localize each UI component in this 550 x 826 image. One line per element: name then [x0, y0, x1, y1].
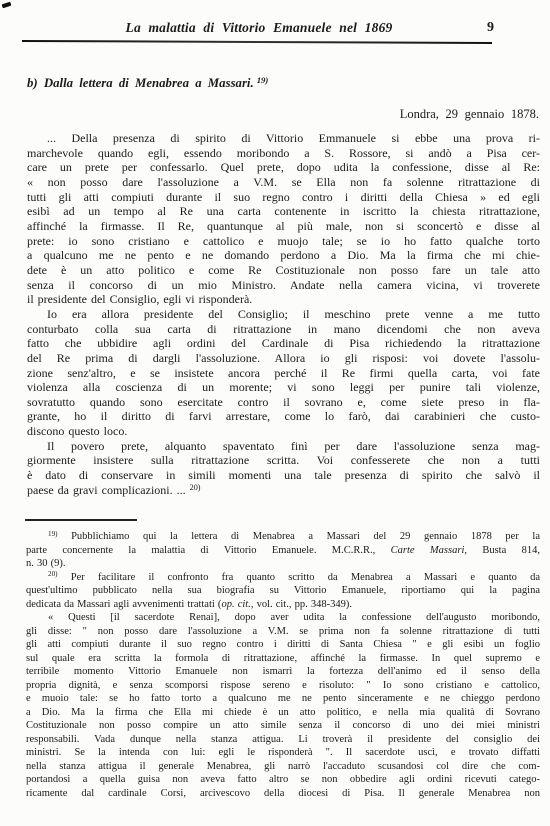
text-line: marchevole quando egli, essendo moribond…	[27, 146, 540, 161]
text-line: gli atti compiuti durante il suo regno c…	[26, 638, 540, 652]
text-line: affinché la firmasse. Il Re, quantunque …	[27, 219, 540, 234]
text-line: ministri. Se la intenda con lui: egli le…	[26, 746, 540, 760]
text-line: tutti gli atti compiuti durante il suo r…	[27, 190, 540, 205]
text-line: il presidente del Consiglio, egli vi ris…	[27, 292, 540, 307]
text-line: dete è un atto politico e come Re Costit…	[27, 263, 540, 278]
section-title: Dalla lettera di Menabrea a Massari.	[44, 76, 254, 90]
text-line: « Questi [il sacerdote Renai], dopo aver…	[26, 611, 540, 625]
text-line: a qualcuno me ne pento e ne domando perd…	[27, 248, 540, 263]
text-line: paese da gravi complicazioni. ... 20)	[27, 483, 540, 498]
running-title: La malattia di Vittorio Emanuele nel 186…	[26, 20, 492, 36]
page-number: 9	[487, 20, 494, 36]
text-line: Costituzionale non posso compire un atto…	[26, 719, 540, 733]
letter-body: ... Della presenza di spirito di Vittori…	[27, 131, 540, 497]
text-line: conturbato colla sua carta di ritrattazi…	[27, 322, 540, 337]
text-line: sul quale era scritta la formola di ritr…	[26, 652, 540, 666]
text-line: propria dignità, e senza scomporsi rispo…	[26, 679, 540, 693]
text-line: prete: io sono cristiano e cattolico e m…	[27, 234, 540, 249]
section-footnote-ref: 19)	[257, 75, 269, 85]
text-line: Il povero prete, alquanto spaventato fin…	[27, 439, 540, 454]
text-line: gli disse: " non posso dare l'assoluzion…	[26, 625, 540, 639]
section-label: b)	[27, 76, 38, 90]
text-line: 19) Pubblichiamo qui la lettera di Menab…	[26, 530, 540, 544]
text-line: grante, ho il diritto di farvi arrestare…	[27, 409, 540, 424]
text-line: discono questo loco.	[27, 424, 540, 439]
text-line: responsabili. Vada dunque nella stanza a…	[26, 733, 540, 747]
book-page: La malattia di Vittorio Emanuele nel 186…	[0, 0, 550, 826]
text-line: n. 30 (9).	[26, 557, 540, 571]
text-line: « non posso dare l'assoluzione a V.M. se…	[27, 175, 540, 190]
text-line: 20) Per facilitare il confronto fra quan…	[26, 571, 540, 585]
text-line: quest'ultimo pubblicato nella sua biogra…	[26, 584, 540, 598]
page-header: La malattia di Vittorio Emanuele nel 186…	[26, 20, 492, 40]
text-line: giormente insistere sulla ritrattazione …	[27, 453, 540, 468]
dateline: Londra, 29 gennaio 1878.	[400, 107, 539, 122]
text-line: del Re prima di dargli l'assoluzione. Al…	[27, 351, 540, 366]
footnote-separator	[25, 519, 137, 521]
text-line: a Dio. Ma la firma che Ella mi chiede è …	[26, 706, 540, 720]
text-line: violenza alla coscienza di un morente; v…	[27, 380, 540, 395]
text-line: ... Della presenza di spirito di Vittori…	[27, 131, 540, 146]
text-line: care un prete per confessarlo. Quel pret…	[27, 160, 540, 175]
text-line: terribile momento Vittorio Emanuele non …	[26, 665, 540, 679]
text-line: fatto che ubbidire agli ordini del Cardi…	[27, 336, 540, 351]
text-line: nella stanza attigua il generale Menabre…	[26, 760, 540, 774]
footnotes: 19) Pubblichiamo qui la lettera di Menab…	[26, 530, 540, 800]
text-line: sovratutto quando sono esercitate contro…	[27, 395, 540, 410]
text-line: è dato di conservare in simili momenti u…	[27, 468, 540, 483]
text-line: senza il concorso di un mio Ministro. An…	[27, 278, 540, 293]
section-heading: b) Dalla lettera di Menabrea a Massari.1…	[27, 76, 268, 91]
text-line: portandosi a quella guisa non aveva fatt…	[26, 773, 540, 787]
text-line: e muoio tale: se ho fatto torto a qualcu…	[26, 692, 540, 706]
text-line: parte concernente la malattia di Vittori…	[26, 544, 540, 558]
scan-artifact	[2, 2, 12, 9]
header-rule	[22, 40, 492, 44]
text-line: Io era allora presidente del Consiglio; …	[27, 307, 540, 322]
text-line: dedicata da Massari agli avvenimenti tra…	[26, 598, 540, 612]
text-line: ricamente dal cardinale Corsi, arcivesco…	[26, 787, 540, 801]
text-line: zione senz'altro, e se insistete ancora …	[27, 366, 540, 381]
text-line: esibì ad un tempo al Re una carta conten…	[27, 204, 540, 219]
